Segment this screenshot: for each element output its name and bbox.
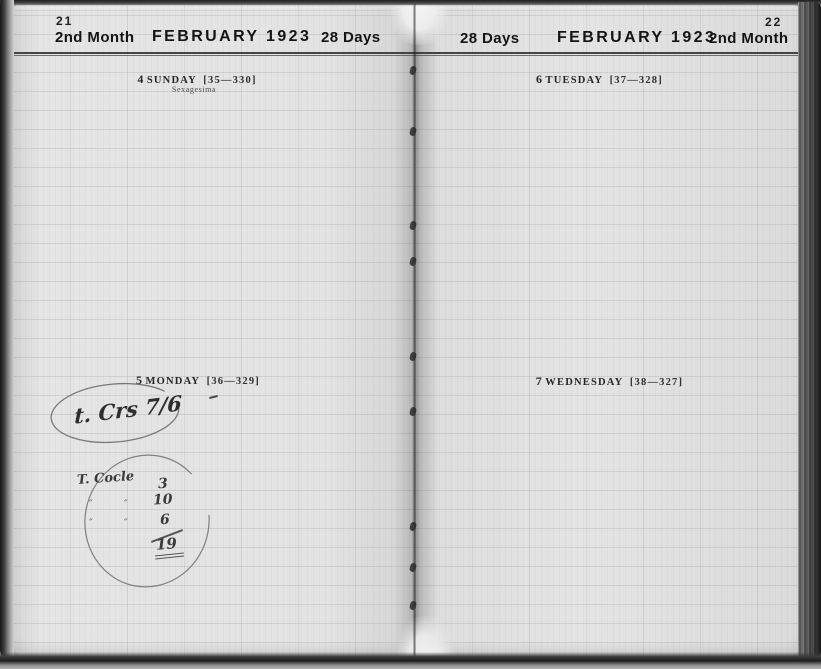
book-page-edges-right [798, 2, 821, 662]
header-rule-left [13, 52, 415, 56]
handwriting-value-3: 6 [160, 512, 171, 528]
handwriting-ditto-1: ″ ″ [89, 499, 142, 510]
day-heading-monday: 5MONDAY [36—329] [0, 373, 399, 388]
weekday-label: MONDAY [146, 376, 200, 387]
month-title-right: FEBRUARY 1923 [557, 29, 716, 47]
day-number: 5 [136, 373, 143, 387]
diary-page-right: 28 Days FEBRUARY 1923 2nd Month 22 6TUES… [415, 5, 800, 656]
day-heading-wednesday: 7WEDNESDAY [38—327] [417, 374, 802, 389]
day-codes: [38—327] [630, 377, 683, 388]
handwriting-total: 19 [155, 534, 177, 553]
handwriting-ledger-label: T. Cocle [77, 469, 135, 488]
page-number-left: 21 [56, 15, 73, 27]
days-count-left: 28 Days [321, 29, 381, 46]
book-cover-edge-bottom [0, 652, 821, 669]
month-ordinal-right: 2nd Month [709, 30, 788, 47]
day-heading-tuesday: 6TUESDAY [37—328] [407, 72, 792, 87]
month-ordinal-left: 2nd Month [55, 29, 134, 46]
day-codes: [36—329] [207, 376, 260, 387]
month-title-left: FEBRUARY 1923 [152, 28, 311, 46]
diary-scan: 21 2nd Month FEBRUARY 1923 28 Days 4SUND… [0, 0, 821, 669]
diary-page-left: 21 2nd Month FEBRUARY 1923 28 Days 4SUND… [13, 5, 415, 656]
handwriting-ditto-2: ″ ″ [89, 518, 142, 529]
handwriting-value-2: 10 [153, 492, 173, 509]
weekday-label: TUESDAY [546, 75, 603, 86]
book-cover-edge-left [0, 0, 14, 660]
day-number: 7 [536, 374, 543, 388]
feast-day-label: Sexagesima [0, 85, 395, 94]
binding-crease [413, 4, 416, 657]
page-number-right: 22 [765, 16, 782, 28]
handwriting-total-underline [155, 552, 184, 559]
page-curl-bottom [396, 616, 454, 656]
header-rule-right [415, 52, 800, 56]
day-codes: [37—328] [610, 75, 663, 86]
weekday-label: WEDNESDAY [545, 377, 623, 388]
day-number: 4 [137, 72, 144, 86]
scan-edge-top [0, 0, 821, 6]
pen-mark [209, 395, 218, 399]
days-count-right: 28 Days [460, 30, 520, 47]
handwriting-monday-note: t. Crs 7/6 [74, 390, 182, 428]
page-curl-top [391, 5, 447, 45]
handwriting-value-1: 3 [158, 476, 169, 492]
day-number: 6 [536, 72, 543, 86]
